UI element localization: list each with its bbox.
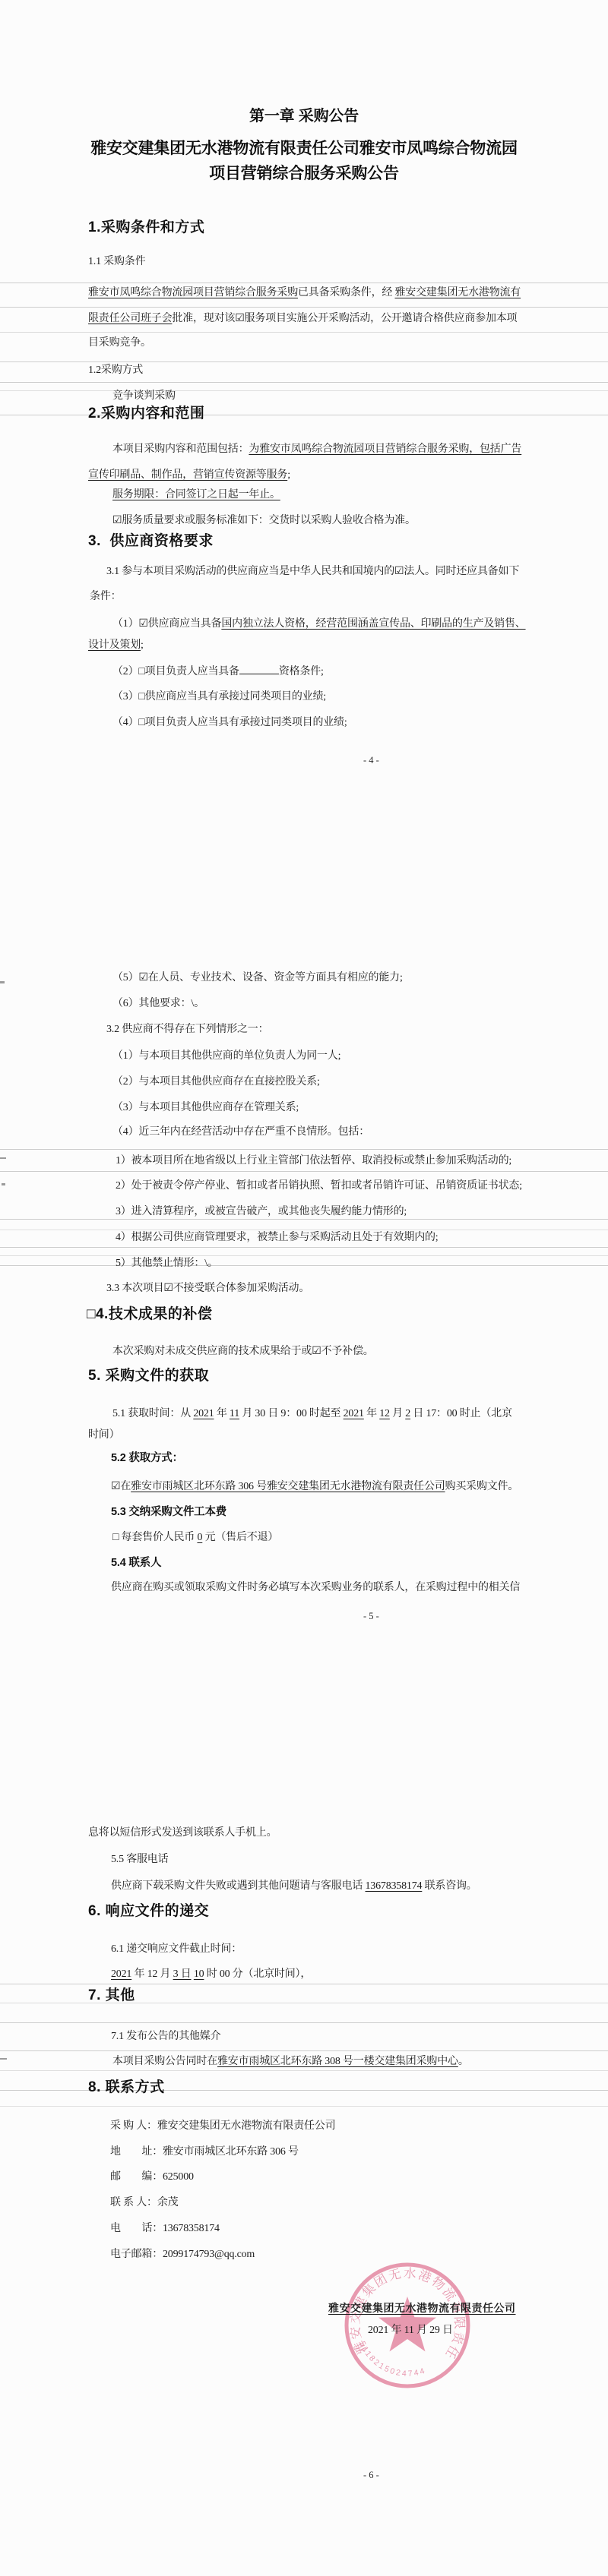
footer-company-signature: 雅安交建集团无水港物流有限责任公司 [328, 2302, 516, 2317]
text-segment: 日 17：00 时止（北京 [410, 1408, 512, 1419]
service-term: 服务期限：合同签订之日起一年止。 [112, 488, 280, 503]
underline-segment: 13678358174 [366, 1880, 423, 1892]
section4-heading: □4.技术成果的补偿 [87, 1305, 212, 1324]
scan-artifact-line [0, 2022, 608, 2023]
scan-artifact-line [0, 2106, 608, 2107]
clause-7-1-para: 本项目采购公告同时在雅安市雨城区北环东路 308 号一楼交建集团采购中心。 [112, 2054, 469, 2069]
text-segment: 年 [364, 1408, 379, 1419]
scan-artifact-line [0, 2050, 608, 2051]
contact-value: 2099174793@qq.com [163, 2249, 255, 2260]
text-segment: 月 30 日 9：00 时起至 [239, 1408, 344, 1419]
text-segment: （2）□项目负责人应当具备 [112, 666, 239, 677]
section1-sub1: 1.1 采购条件 [88, 254, 145, 270]
scan-artifact-line [0, 1984, 608, 1984]
clause-5-5-para: 供应商下载采购文件失败或遇到其他问题请与客服电话 13678358174 联系咨… [111, 1879, 477, 1894]
scan-artifact-line [0, 307, 608, 308]
text-segment: 已具备采购条件，经 [298, 287, 395, 298]
item-3: （3）□供应商应当具有承接过同类项目的业绩; [112, 690, 326, 705]
text-segment: 供应商下载采购文件失败或遇到其他问题请与客服电话 [111, 1880, 366, 1892]
contact-value: 余茂 [157, 2197, 179, 2208]
scan-smudge [0, 981, 5, 983]
footer-date: 2021 年 11 月 29 日 [368, 2323, 453, 2338]
clause-3-3: 3.3 本次项目☑不接受联合体参加采购活动。 [106, 1281, 309, 1296]
blank-underline [239, 664, 279, 674]
item-2: （2）□项目负责人应当具备资格条件; [112, 664, 324, 680]
scan-artifact-line [0, 2070, 608, 2071]
clause-3-1-line1: 3.1 参与本项目采购活动的供应商应当是中华人民共和国境内的☑法人。同时还应具备… [106, 564, 519, 579]
contact-row-buyer: 采 购 人：雅安交建集团无水港物流有限责任公司 [110, 2119, 335, 2134]
section1-para-line2: 限责任公司班子会批准，现对该☑服务项目实施公开采购活动，公开邀请合格供应商参加本… [88, 311, 517, 327]
scanned-procurement-document: 第一章 采购公告 雅安交建集团无水港物流有限责任公司雅安市凤鸣综合物流园 项目营… [0, 0, 608, 2576]
text-segment: 5.1 获取时间：从 [112, 1408, 193, 1419]
text-segment: 。 [458, 2056, 469, 2067]
section7-heading: 7. 其他 [88, 1986, 135, 2006]
text-segment: 本项目采购内容和范围包括： [112, 444, 249, 455]
underline-segment: 2021 [344, 1408, 364, 1419]
text-segment: 资格条件; [279, 666, 324, 677]
section2-para-line1: 本项目采购内容和范围包括：为雅安市凤鸣综合物流园项目营销综合服务采购，包括广告 [112, 442, 521, 457]
contact-label: 电子邮箱： [110, 2249, 163, 2260]
contact-label: 地 址： [110, 2146, 163, 2158]
sub-restriction-3: 3）进入清算程序，或被宣告破产，或其他丧失履约能力情形的; [116, 1204, 407, 1220]
scan-artifact-line [0, 332, 608, 333]
underline-segment: 为雅安市凤鸣综合物流园项目营销综合服务采购，包括广告 [249, 444, 521, 455]
item-4: （4）□项目负责人应当具有承接过同类项目的业绩; [112, 715, 347, 731]
item-1-line2: 设计及策划; [88, 638, 144, 653]
text-segment: ; [287, 469, 290, 481]
scan-smudge [0, 1157, 6, 1159]
underline-segment: 雅安交建集团无水港物流有 [395, 287, 521, 298]
restriction-4: （4）近三年内在经营活动中存在严重不良情形。包括： [112, 1125, 369, 1140]
underline-segment: 服务期限：合同签订之日起一年止。 [112, 489, 280, 500]
clause-5-1-line1: 5.1 获取时间：从 2021 年 11 月 30 日 9：00 时起至 202… [112, 1406, 512, 1422]
text-segment: ; [141, 639, 144, 651]
scan-artifact-line [0, 1171, 608, 1172]
section8-heading: 8. 联系方式 [88, 2078, 165, 2098]
section6-heading: 6. 响应文件的递交 [88, 1902, 209, 1921]
scan-smudge [2, 1183, 5, 1185]
text-segment: （1）☑供应商应当具备 [112, 618, 221, 630]
contact-row-person: 联 系 人：余茂 [110, 2196, 178, 2211]
clause-3-2: 3.2 供应商不得存在下列情形之一： [106, 1022, 268, 1037]
clause-5-3-para: □ 每套售价人民币 0 元（售后不退） [112, 1530, 278, 1545]
deadline-line: 2021 年 12 月 3 日 10 时 00 分（北京时间）， [111, 1967, 311, 1982]
restriction-1: （1）与本项目其他供应商的单位负责人为同一人; [112, 1049, 340, 1064]
item-1-line1: （1）☑供应商应当具备国内独立法人资格，经营范围涵盖宣传品、印刷品的生产及销售、 [112, 617, 526, 632]
text-segment: 年 [214, 1408, 230, 1419]
text-segment: 批准，现对该☑服务项目实施公开采购活动，公开邀请合格供应商参加本项 [172, 313, 517, 324]
underline-segment: 雅安交建集团无水港物流有限责任公司 [328, 2303, 516, 2315]
clause-5-4-line2: 息将以短信形式发送到该联系人手机上。 [88, 1826, 277, 1841]
clause-5-2-heading: 5.2 获取方式： [111, 1451, 183, 1466]
text-segment: 本项目采购公告同时在 [112, 2056, 217, 2067]
clause-5-3-heading: 5.3 交纳采购文件工本费 [111, 1504, 226, 1520]
underline-segment: 11 [230, 1408, 239, 1419]
page-number-5: - 5 - [363, 1611, 379, 1622]
underline-segment: 10 [194, 1968, 204, 1980]
section1-para-line3: 目采购竞争。 [88, 336, 151, 351]
contact-value: 625000 [163, 2171, 194, 2183]
underline-segment: 雅安市雨城区北环东路 308 号一楼交建集团采购中心 [217, 2056, 458, 2067]
clause-5-4-heading: 5.4 联系人 [111, 1555, 161, 1571]
procurement-method: 竞争谈判采购 [112, 389, 176, 404]
contact-label: 邮 编： [110, 2171, 163, 2183]
scan-artifact-line [0, 382, 608, 383]
scan-artifact-line [0, 283, 608, 283]
sub-restriction-2: 2）处于被责令停产停业、暂扣或者吊销执照、暂扣或者吊销许可证、吊销资质证书状态; [116, 1179, 522, 1194]
sub-restriction-1: 1）被本项目所在地省级以上行业主管部门依法暂停、取消投标或禁止参加采购活动的; [116, 1154, 511, 1169]
contact-label: 电 话： [110, 2223, 163, 2234]
underline-segment: 国内独立法人资格，经营范围涵盖宣传品、印刷品的生产及销售、 [221, 618, 525, 630]
scan-artifact-line [0, 361, 608, 362]
scan-artifact-line [0, 1149, 608, 1150]
clause-5-2-para: ☑在雅安市雨城区北环东路 306 号雅安交建集团无水港物流有限责任公司购买采购文… [111, 1479, 518, 1495]
quality-requirement: ☑服务质量要求或服务标准如下：交货时以采购人验收合格为准。 [112, 513, 416, 529]
underline-segment: 12 [379, 1408, 390, 1419]
sub-restriction-4: 4）根据公司供应商管理要求，被禁止参与采购活动且处于有效期内的; [116, 1230, 439, 1245]
scan-artifact-line [0, 390, 608, 391]
text-segment: 购买采购文件。 [445, 1481, 519, 1492]
item-6: （6）其他要求：\。 [112, 996, 204, 1012]
text-segment: 月 [390, 1408, 405, 1419]
text-segment: 时 00 分（北京时间）， [204, 1968, 311, 1980]
underline-segment: 3 日 [173, 1968, 192, 1980]
sub-restriction-5: 5）其他禁止情形：\。 [116, 1256, 218, 1271]
underline-segment: 雅安市雨城区北环东路 306 号雅安交建集团无水港物流有限责任公司 [131, 1481, 445, 1492]
text-segment: 年 12 月 [131, 1968, 173, 1980]
section4-para: 本次采购对未成交供应商的技术成果给于或☑不予补偿。 [112, 1344, 374, 1359]
section2-heading: 2.采购内容和范围 [88, 404, 204, 424]
text-segment: ☑在 [111, 1481, 131, 1492]
text-segment: 元（售后不退） [202, 1532, 278, 1543]
section1-heading: 1.采购条件和方式 [88, 218, 204, 238]
contact-row-phone: 电 话：13678358174 [110, 2221, 220, 2237]
contact-label: 采 购 人： [110, 2120, 157, 2132]
clause-7-1-heading: 7.1 发布公告的其他媒介 [111, 2029, 220, 2044]
contact-value: 雅安市雨城区北环东路 306 号 [163, 2146, 299, 2158]
scan-artifact-line [0, 1255, 608, 1256]
section2-para-line2: 宣传印刷品、制作品，营销宣传资源等服务; [88, 468, 290, 483]
document-title-line2: 项目营销综合服务采购公告 [0, 163, 608, 185]
clause-5-1-line2: 时间） [88, 1428, 119, 1443]
clause-5-5-heading: 5.5 客服电话 [111, 1852, 168, 1867]
scan-smudge [0, 2058, 7, 2060]
underline-segment: 雅安市凤鸣综合物流园项目营销综合服务采购 [88, 287, 298, 298]
section1-para-line1: 雅安市凤鸣综合物流园项目营销综合服务采购已具备采购条件，经 雅安交建集团无水港物… [88, 286, 521, 301]
underline-segment: 2021 [193, 1408, 214, 1419]
clause-6-1-heading: 6.1 递交响应文件截止时间： [111, 1942, 242, 1957]
section3-heading: 3. 供应商资格要求 [88, 532, 214, 551]
underline-segment: 宣传印刷品、制作品，营销宣传资源等服务 [88, 469, 287, 481]
section5-heading: 5. 采购文件的获取 [88, 1366, 209, 1386]
page-number-6: - 6 - [363, 2470, 379, 2481]
section1-sub2: 1.2采购方式 [88, 363, 143, 378]
item-5: （5）☑在人员、专业技术、设备、资金等方面具有相应的能力; [112, 971, 403, 986]
contact-row-email: 电子邮箱：2099174793@qq.com [110, 2247, 255, 2262]
contact-label: 联 系 人： [110, 2197, 157, 2208]
scan-artifact-line [0, 1265, 608, 1266]
restriction-3: （3）与本项目其他供应商存在管理关系; [112, 1100, 299, 1116]
restriction-2: （2）与本项目其他供应商存在直接控股关系; [112, 1075, 320, 1090]
text-segment: □ 每套售价人民币 [112, 1532, 197, 1543]
page-number-4: - 4 - [363, 755, 379, 766]
contact-value: 雅安交建集团无水港物流有限责任公司 [157, 2120, 336, 2132]
contact-row-address: 地 址：雅安市雨城区北环东路 306 号 [110, 2145, 299, 2160]
contact-value: 13678358174 [163, 2223, 220, 2234]
document-title-line1: 雅安交建集团无水港物流有限责任公司雅安市凤鸣综合物流园 [0, 138, 608, 159]
text-segment: 联系咨询。 [422, 1880, 477, 1892]
underline-segment: 限责任公司班子会 [88, 313, 172, 324]
underline-segment: 2021 [111, 1968, 131, 1980]
clause-3-1-line2: 条件： [90, 589, 121, 605]
clause-5-4-line1: 供应商在购买或领取采购文件时务必填写本次采购业务的联系人，在采购过程中的相关信 [111, 1580, 520, 1596]
scan-artifact-line [0, 1247, 608, 1248]
contact-row-zipcode: 邮 编：625000 [110, 2170, 194, 2185]
underline-segment: 设计及策划 [88, 639, 141, 651]
chapter-title: 第一章 采购公告 [0, 106, 608, 127]
